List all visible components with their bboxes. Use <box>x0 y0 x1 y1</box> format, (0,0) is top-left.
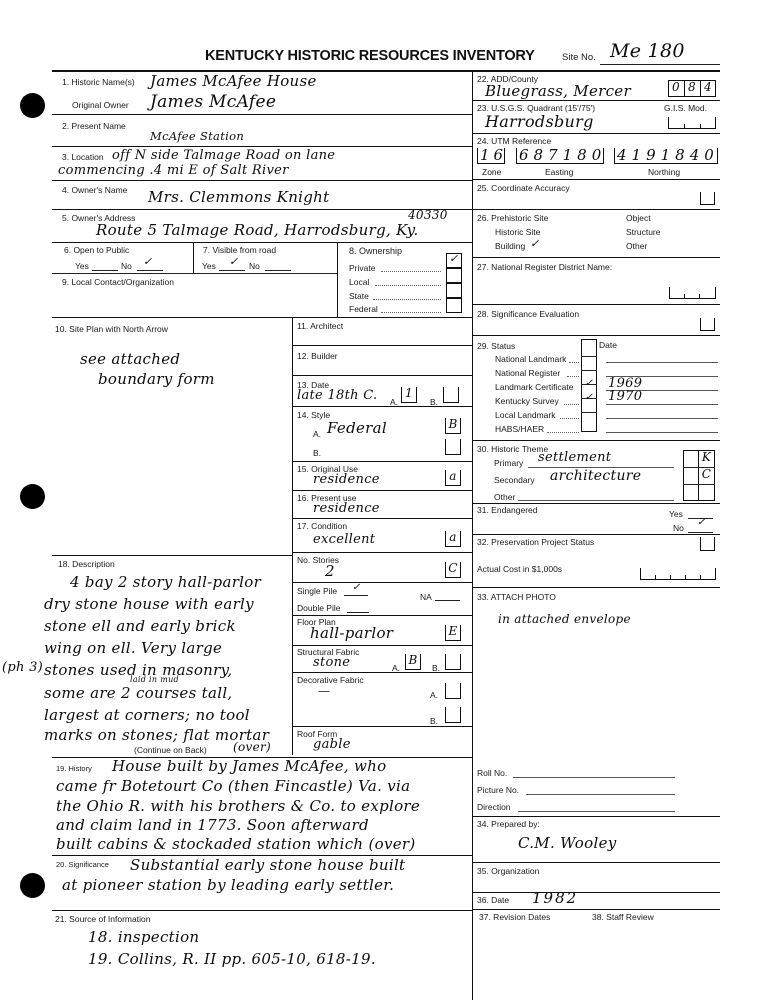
divider <box>193 242 194 273</box>
roll-no-field[interactable] <box>513 777 675 778</box>
status-checkbox-divider[interactable] <box>581 412 597 413</box>
original-use-field[interactable]: residence <box>313 472 380 487</box>
district-name-label: 27. National Register District Name: <box>477 262 612 272</box>
divider <box>472 534 720 535</box>
divider <box>52 146 472 147</box>
significance-line[interactable]: Substantial early stone house built <box>130 856 405 874</box>
divider <box>472 909 720 910</box>
site-plan-field-line1[interactable]: see attached <box>80 350 180 368</box>
gis-mod-box[interactable] <box>668 117 716 129</box>
status-label: 29. Status <box>477 341 515 351</box>
owners-name-field[interactable]: Mrs. Clemmons Knight <box>148 188 329 206</box>
structural-b-code-box[interactable] <box>445 654 461 670</box>
tick <box>700 575 701 579</box>
original-owner-field[interactable]: James McAfee <box>150 92 276 112</box>
decorative-a-code-box[interactable] <box>445 683 461 699</box>
divider <box>292 518 472 519</box>
divider <box>292 490 472 491</box>
status-row-label: National Landmark <box>495 354 566 364</box>
coordinate-accuracy-label: 25. Coordinate Accuracy <box>477 183 570 193</box>
original-use-code: a <box>445 469 461 483</box>
open-to-public-label: 6. Open to Public <box>64 245 129 255</box>
status-date-label: Date <box>599 340 617 350</box>
divider <box>292 582 472 583</box>
primary-theme-field[interactable]: settlement <box>538 450 611 465</box>
site-no-underline <box>600 64 720 65</box>
utm-reference-label: 24. UTM Reference <box>477 136 551 146</box>
divider <box>292 345 472 346</box>
present-name-field[interactable]: McAfee Station <box>150 129 244 143</box>
description-insertion: laid in mud <box>130 675 179 684</box>
utm-easting-label: Easting <box>545 167 573 177</box>
preservation-status-label: 32. Preservation Project Status <box>477 537 594 547</box>
divider <box>292 461 472 462</box>
tick <box>684 124 685 128</box>
history-line[interactable]: the Ohio R. with his brothers & Co. to e… <box>56 797 420 815</box>
leader-dots <box>569 362 579 363</box>
actual-cost-label: Actual Cost in $1,000s <box>477 564 562 574</box>
location-field-line2[interactable]: commencing .4 mi E of Salt River <box>58 163 289 178</box>
history-line[interactable]: came fr Botetourt Co (then Fincastle) Va… <box>56 777 410 795</box>
page-title: KENTUCKY HISTORIC RESOURCES INVENTORY <box>205 48 535 64</box>
utm-zone-label: Zone <box>482 167 501 177</box>
status-date-line[interactable] <box>606 418 718 419</box>
single-pile-blank[interactable] <box>344 595 368 596</box>
divider <box>52 317 472 318</box>
condition-label: 17. Condition <box>297 521 347 531</box>
significance-line[interactable]: at pioneer station by leading early sett… <box>62 876 394 894</box>
grid-line <box>683 484 715 485</box>
organization-label: 35. Organization <box>477 866 539 876</box>
actual-cost-box[interactable] <box>640 568 716 580</box>
endangered-no-label: No <box>673 523 684 533</box>
status-checkbox-divider[interactable] <box>581 356 597 357</box>
condition-field[interactable]: excellent <box>313 532 375 547</box>
visible-from-road-yes-blank[interactable] <box>219 270 245 271</box>
divider <box>52 114 472 115</box>
divider <box>472 440 720 441</box>
description-margin-note: (ph 3) <box>2 660 43 675</box>
ownership-local-label: Local <box>349 277 369 287</box>
other-theme-label: Other <box>494 492 515 502</box>
divider <box>472 100 720 101</box>
ownership-label: 8. Ownership <box>349 246 402 256</box>
open-to-public-yes-label: Yes <box>75 261 89 271</box>
source-line[interactable]: 19. Collins, R. II pp. 605-10, 618-19. <box>88 950 376 968</box>
continue-on-back-note: (Continue on Back) <box>134 745 207 755</box>
divider <box>472 816 720 817</box>
historic-name-label: 1. Historic Name(s) <box>62 77 135 87</box>
description-line[interactable]: dry stone house with early <box>44 595 254 613</box>
history-line[interactable]: and claim land in 1773. Soon afterward <box>56 816 369 834</box>
divider <box>292 375 472 376</box>
significance-evaluation-box[interactable] <box>700 318 715 331</box>
divider <box>472 133 720 134</box>
direction-label: Direction <box>477 802 511 812</box>
secondary-theme-field[interactable]: architecture <box>550 468 641 484</box>
tick <box>670 575 671 579</box>
ownership-local-checkbox[interactable] <box>446 268 462 283</box>
divider <box>292 552 472 553</box>
architect-label: 11. Architect <box>297 321 343 331</box>
date-b-code-box[interactable] <box>443 387 459 403</box>
style-a-code: B <box>445 417 461 431</box>
ownership-state-checkbox[interactable] <box>446 283 462 298</box>
na-blank[interactable] <box>435 600 460 601</box>
historic-site-label: Historic Site <box>495 227 540 237</box>
description-line[interactable]: wing on ell. Very large <box>44 639 222 657</box>
leader-dots <box>373 299 441 300</box>
floor-plan-code: E <box>445 624 461 638</box>
utm-northing-label: Northing <box>648 167 680 177</box>
divider <box>472 179 720 180</box>
leader-dots <box>564 404 579 405</box>
visible-from-road-no-blank[interactable] <box>265 270 291 271</box>
owners-address-zip[interactable]: 40330 <box>408 208 448 222</box>
ownership-state-label: State <box>349 291 369 301</box>
secondary-theme-label: Secondary <box>494 475 535 485</box>
tick <box>655 575 656 579</box>
building-label: Building <box>495 241 525 251</box>
style-a-label: A. <box>313 429 321 439</box>
leader-dots <box>567 376 579 377</box>
significance-evaluation-label: 28. Significance Evaluation <box>477 309 579 319</box>
landmark-certificate-check: ✓ <box>581 378 597 389</box>
open-to-public-no-check: ✓ <box>143 255 153 268</box>
utm-easting-field: 687180 <box>519 146 606 164</box>
structure-label: Structure <box>626 227 661 237</box>
site-no-label: Site No. <box>562 52 596 63</box>
visible-from-road-yes-check: ✓ <box>229 255 239 268</box>
district-code-box[interactable] <box>669 287 716 299</box>
description-line[interactable]: 4 bay 2 story hall-parlor <box>70 573 261 591</box>
divider <box>292 406 472 407</box>
prehistoric-site-label: 26. Prehistoric Site <box>477 213 548 223</box>
divider <box>472 862 720 863</box>
building-check: ✓ <box>530 237 540 250</box>
status-row-label: Landmark Certificate <box>495 382 573 392</box>
history-line[interactable]: built cabins & stockaded station which (… <box>56 835 416 853</box>
county-code-digit: 0 <box>668 80 684 94</box>
condition-code: a <box>445 530 461 544</box>
present-name-label: 2. Present Name <box>62 121 126 131</box>
description-line[interactable]: largest at corners; no tool <box>44 706 250 724</box>
staff-review-label: 38. Staff Review <box>592 912 654 922</box>
preservation-status-box[interactable] <box>700 537 715 551</box>
binder-hole <box>20 873 45 898</box>
utm-zone-field: 16 <box>480 146 507 164</box>
site-plan-field-line2[interactable]: boundary form <box>98 370 215 388</box>
prepared-by-label: 34. Prepared by: <box>477 819 540 829</box>
history-label: 19. History <box>56 764 92 773</box>
divider <box>472 209 720 210</box>
site-no-value[interactable]: Me 180 <box>610 40 685 62</box>
divider <box>472 257 720 258</box>
ownership-federal-label: Federal <box>349 304 378 314</box>
source-line[interactable]: 18. inspection <box>88 928 199 946</box>
revision-dates-label: 37. Revision Dates <box>479 912 550 922</box>
roll-no-label: Roll No. <box>477 768 507 778</box>
primary-theme-code[interactable]: K <box>698 450 715 464</box>
present-use-field[interactable]: residence <box>313 501 380 516</box>
status-date-line[interactable] <box>606 362 718 363</box>
double-pile-blank[interactable] <box>347 612 369 613</box>
divider <box>52 910 472 911</box>
primary-theme-label: Primary <box>494 458 523 468</box>
decorative-fabric-field[interactable]: — <box>318 684 330 698</box>
date-prepared-label: 36. Date <box>477 895 509 905</box>
status-row-label: National Register <box>495 368 560 378</box>
utm-northing-field: 4191840 <box>617 146 719 164</box>
source-label: 21. Source of Information <box>55 914 150 924</box>
divider <box>472 503 720 504</box>
structural-fabric-field[interactable]: stone <box>313 655 350 670</box>
open-to-public-no-label: No <box>121 261 132 271</box>
owners-address-field[interactable]: Route 5 Talmage Road, Harrodsburg, Ky. <box>96 221 419 239</box>
status-row-label: Kentucky Survey <box>495 396 559 406</box>
status-row-label: HABS/HAER <box>495 424 544 434</box>
kentucky-survey-check: ✓ <box>581 392 597 403</box>
construction-date-field[interactable]: late 18th C. <box>297 388 377 403</box>
divider <box>292 726 472 727</box>
decorative-a-label: A. <box>430 690 438 700</box>
divider <box>472 892 720 893</box>
single-pile-check: ✓ <box>352 582 361 593</box>
divider <box>337 242 338 317</box>
leader-dots <box>375 285 441 286</box>
decorative-b-code-box[interactable] <box>445 707 461 723</box>
description-over-note: (over) <box>233 740 271 754</box>
leader-dots <box>381 312 441 313</box>
description-line[interactable]: stone ell and early brick <box>44 617 236 635</box>
leader-dots <box>547 432 579 433</box>
date-prepared-field[interactable]: 1982 <box>532 889 578 907</box>
builder-label: 12. Builder <box>297 351 338 361</box>
attach-photo-label: 33. ATTACH PHOTO <box>477 592 556 602</box>
divider <box>292 672 472 673</box>
style-label: 14. Style <box>297 410 330 420</box>
coordinate-accuracy-box[interactable] <box>700 192 715 205</box>
na-label: NA <box>420 592 432 602</box>
picture-no-label: Picture No. <box>477 785 519 795</box>
historic-name-field[interactable]: James McAfee House <box>150 72 317 90</box>
stories-code: C <box>445 561 461 575</box>
direction-field[interactable] <box>518 811 675 812</box>
divider <box>52 242 472 243</box>
visible-from-road-yes-label: Yes <box>202 261 216 271</box>
divider <box>52 555 292 556</box>
visible-from-road-no-label: No <box>249 261 260 271</box>
site-plan-label: 10. Site Plan with North Arrow <box>55 324 168 334</box>
style-a-field[interactable]: Federal <box>327 419 387 437</box>
other-theme-field[interactable] <box>518 500 674 501</box>
local-contact-label: 9. Local Contact/Organization <box>62 277 174 287</box>
tick <box>685 575 686 579</box>
roof-form-field[interactable]: gable <box>313 737 351 752</box>
leader-dots <box>381 271 441 272</box>
quadrant-field[interactable]: Harrodsburg <box>485 112 594 131</box>
county-code-digit: 4 <box>700 80 716 94</box>
status-checkbox-divider[interactable] <box>581 370 597 371</box>
secondary-theme-code[interactable]: C <box>698 467 715 481</box>
structural-a-code: B <box>405 653 421 667</box>
ownership-private-check: ✓ <box>449 252 459 265</box>
status-date-line <box>606 404 718 405</box>
divider <box>52 180 472 181</box>
endangered-label: 31. Endangered <box>477 505 538 515</box>
date-a-code: 1 <box>401 386 417 400</box>
binder-hole <box>20 93 45 118</box>
location-label: 3. Location <box>62 152 104 162</box>
county-field[interactable]: Bluegrass, Mercer <box>485 82 631 100</box>
divider <box>472 335 720 336</box>
double-pile-label: Double Pile <box>297 603 340 613</box>
visible-from-road-label: 7. Visible from road <box>203 245 276 255</box>
open-to-public-no-blank[interactable] <box>137 270 163 271</box>
divider <box>52 273 337 274</box>
description-line[interactable]: some are 2 courses tall, <box>44 684 233 702</box>
tick <box>700 124 701 128</box>
significance-label: 20. Significance <box>56 860 109 869</box>
picture-no-field[interactable] <box>526 794 675 795</box>
binder-hole <box>20 484 45 509</box>
tick <box>684 294 685 298</box>
divider <box>472 304 720 305</box>
style-b-label: B. <box>313 448 321 458</box>
open-to-public-yes-blank[interactable] <box>92 270 118 271</box>
endangered-no-blank[interactable] <box>688 532 713 533</box>
divider <box>472 587 720 588</box>
county-code-digit: 8 <box>684 80 700 94</box>
style-b-code-box[interactable] <box>445 439 461 455</box>
owners-name-label: 4. Owner's Name <box>62 185 127 195</box>
location-field-line1[interactable]: off N side Talmage Road on lane <box>112 148 335 163</box>
stories-field[interactable]: 2 <box>325 562 335 580</box>
decorative-b-label: B. <box>430 716 438 726</box>
divider <box>292 645 472 646</box>
tick <box>699 294 700 298</box>
original-owner-label: Original Owner <box>72 100 129 110</box>
column-divider-middle <box>292 317 293 755</box>
divider <box>292 615 472 616</box>
ownership-federal-checkbox[interactable] <box>446 298 462 313</box>
description-label: 18. Description <box>58 559 115 569</box>
status-date-line[interactable] <box>606 432 718 433</box>
endangered-no-check: ✓ <box>697 517 706 528</box>
floor-plan-field[interactable]: hall-parlor <box>310 624 393 642</box>
kentucky-survey-date[interactable]: 1970 <box>608 389 642 404</box>
object-label: Object <box>626 213 651 223</box>
single-pile-label: Single Pile <box>297 586 337 596</box>
endangered-yes-label: Yes <box>669 509 683 519</box>
prepared-by-field[interactable]: C.M. Wooley <box>518 834 617 852</box>
ownership-private-label: Private <box>349 263 375 273</box>
leader-dots <box>560 418 579 419</box>
attach-photo-field[interactable]: in attached envelope <box>498 612 631 626</box>
other-label: Other <box>626 241 647 251</box>
status-row-label: Local Landmark <box>495 410 555 420</box>
history-line[interactable]: House built by James McAfee, who <box>112 757 386 775</box>
gis-mod-label: G.I.S. Mod. <box>664 103 707 113</box>
